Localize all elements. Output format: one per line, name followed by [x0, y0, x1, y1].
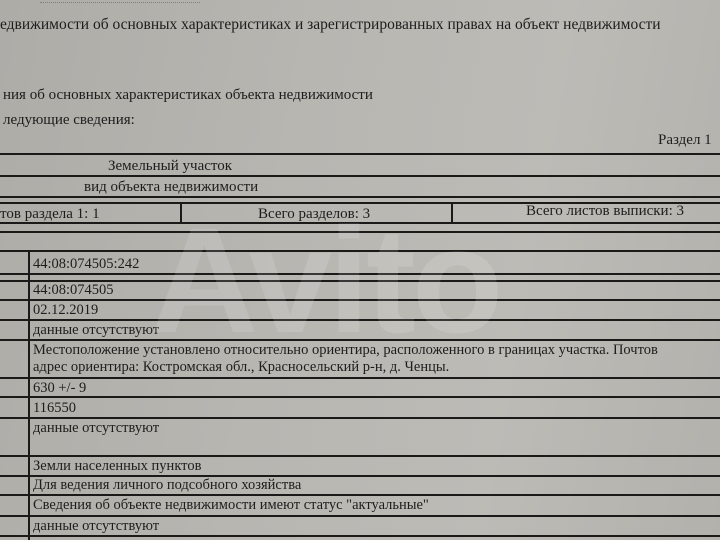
cadastral-value: 116550 — [33, 400, 76, 417]
intro-text: ледующие сведения: — [3, 111, 135, 129]
section-heading: ния об основных характеристиках объекта … — [3, 86, 373, 104]
object-type-caption: вид объекта недвижимости — [84, 178, 258, 196]
cut-off-header-line — [40, 0, 200, 3]
object-type: Земельный участок — [108, 157, 232, 175]
divider — [0, 222, 720, 224]
row-divider — [0, 339, 720, 341]
row-divider — [0, 515, 720, 517]
divider — [0, 196, 720, 198]
cell-divider — [180, 202, 182, 224]
row-divider — [0, 377, 720, 379]
cell-divider — [451, 202, 453, 224]
total-sheets: Всего листов выписки: 3 — [526, 202, 684, 220]
permitted-use: Для ведения личного подсобного хозяйства — [33, 477, 301, 494]
section-sheets-count: тов раздела 1: 1 — [0, 205, 100, 223]
row-divider — [0, 455, 720, 457]
related-objects: данные отсутствуют — [33, 420, 159, 437]
total-sections: Всего разделов: 3 — [258, 205, 370, 223]
cadastral-number: 44:08:074505:242 — [33, 256, 139, 273]
document-title: едвижимости об основных характеристиках … — [0, 16, 661, 34]
cadastral-quarter: 44:08:074505 — [33, 282, 114, 299]
row-divider — [0, 273, 720, 275]
row-divider — [0, 319, 720, 321]
assignment-date: 02.12.2019 — [33, 302, 98, 319]
land-category: Земли населенных пунктов — [33, 458, 201, 475]
location-line-1: Местоположение установлено относительно … — [33, 342, 658, 359]
divider — [0, 250, 720, 252]
row-divider — [0, 299, 720, 301]
location-line-2: адрес ориентира: Костромская обл., Красн… — [33, 359, 449, 376]
object-status: Сведения об объекте недвижимости имеют с… — [33, 497, 429, 514]
special-notes: данные отсутствуют — [33, 518, 159, 535]
area: 630 +/- 9 — [33, 380, 86, 397]
row-divider — [0, 494, 720, 496]
row-divider — [0, 396, 720, 398]
divider — [0, 175, 720, 177]
divider — [0, 231, 720, 233]
previous-number: данные отсутствуют — [33, 322, 159, 339]
divider — [0, 153, 720, 155]
section-label: Раздел 1 — [658, 131, 712, 149]
table-column-divider — [28, 250, 30, 540]
row-divider — [0, 535, 720, 537]
row-divider — [0, 417, 720, 419]
